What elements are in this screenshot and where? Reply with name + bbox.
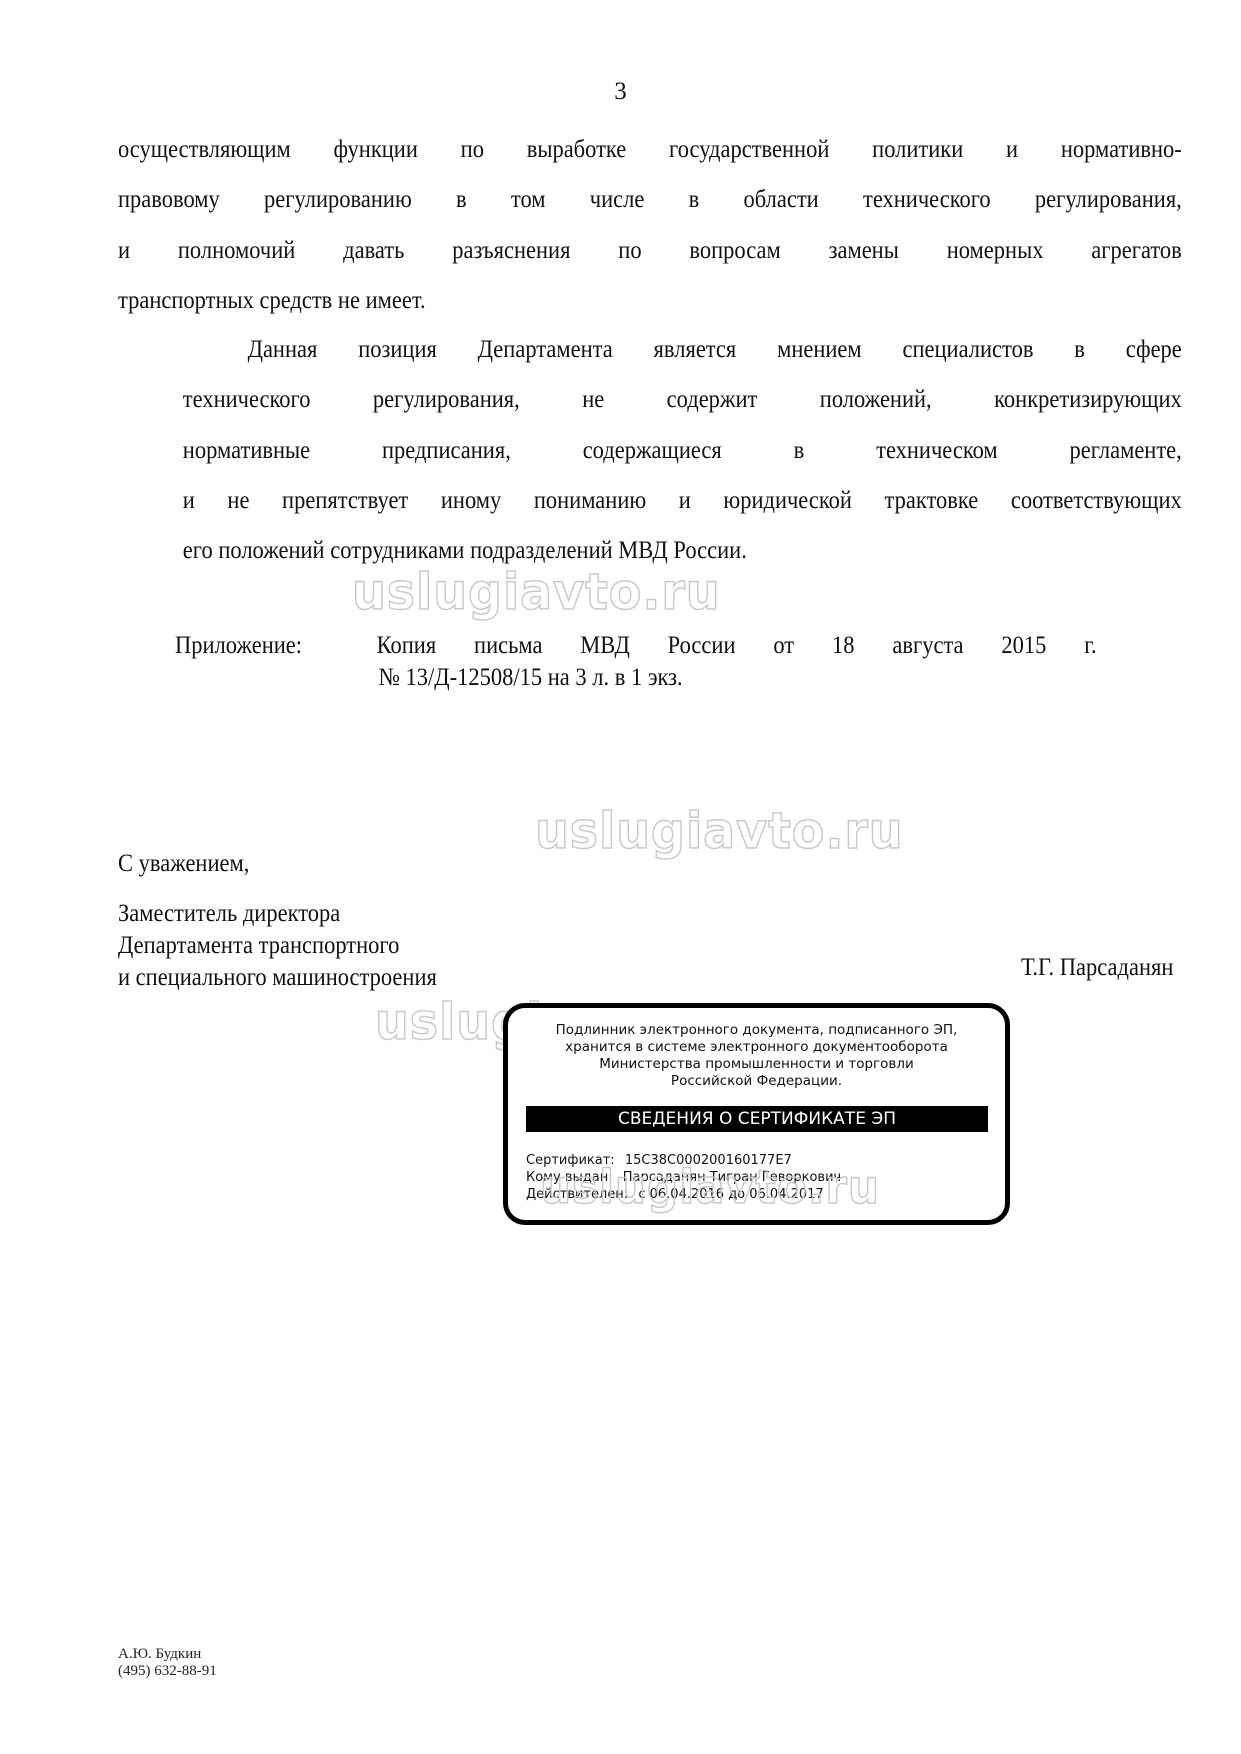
paragraph-line: нормативные предписания, содержащиеся в …: [118, 426, 1182, 476]
paragraph-2: Данная позиция Департамента является мне…: [118, 325, 1182, 576]
stamp-header: Подлинник электронного документа, подпис…: [508, 1022, 1005, 1090]
executor-phone: (495) 632-88-91: [118, 1663, 217, 1680]
paragraph-line: Данная позиция Департамента является мне…: [118, 325, 1182, 375]
paragraph-line: и полномочий давать разъяснения по вопро…: [118, 226, 1182, 276]
attachment-line: № 13/Д-12508/15 на 3 л. в 1 экз.: [377, 662, 1099, 694]
page-number: 3: [0, 78, 1241, 106]
certificate-info-bar: СВЕДЕНИЯ О СЕРТИФИКАТЕ ЭП: [526, 1106, 988, 1132]
closing-salutation: С уважением,: [118, 848, 249, 880]
signer-position: Заместитель директора Департамента транс…: [118, 898, 437, 994]
paragraph-line: правовому регулированию в том числе в об…: [118, 175, 1182, 225]
watermark: uslugiavto.ru: [352, 563, 720, 621]
stamp-header-line: хранится в системе электронного документ…: [508, 1039, 1005, 1056]
watermark: uslugiavto.ru: [540, 1160, 880, 1214]
paragraph-line: осуществляющим функции по выработке госу…: [118, 125, 1182, 175]
position-line: и специального машиностроения: [118, 962, 437, 994]
position-line: Заместитель директора: [118, 898, 437, 930]
attachment-label: Приложение:: [175, 630, 302, 662]
position-line: Департамента транспортного: [118, 930, 437, 962]
executor-name: А.Ю. Будкин: [118, 1646, 217, 1663]
stamp-header-line: Министерства промышленности и торговли: [508, 1056, 1005, 1073]
paragraph-1: осуществляющим функции по выработке госу…: [118, 125, 1182, 326]
executor-footer: А.Ю. Будкин (495) 632-88-91: [118, 1646, 217, 1680]
attachment-text: Копия письма МВД России от 18 августа 20…: [377, 630, 1097, 694]
paragraph-line: и не препятствует иному пониманию и юрид…: [118, 476, 1182, 526]
stamp-header-line: Российской Федерации.: [508, 1073, 1005, 1090]
signer-name: Т.Г. Парсаданян: [1021, 954, 1173, 982]
watermark: uslugiavto.ru: [535, 802, 903, 860]
paragraph-line: технического регулирования, не содержит …: [118, 375, 1182, 425]
paragraph-line: транспортных средств не имеет.: [118, 276, 1182, 326]
stamp-header-line: Подлинник электронного документа, подпис…: [508, 1022, 1005, 1039]
attachment-line: Копия письма МВД России от 18 августа 20…: [377, 630, 1097, 662]
